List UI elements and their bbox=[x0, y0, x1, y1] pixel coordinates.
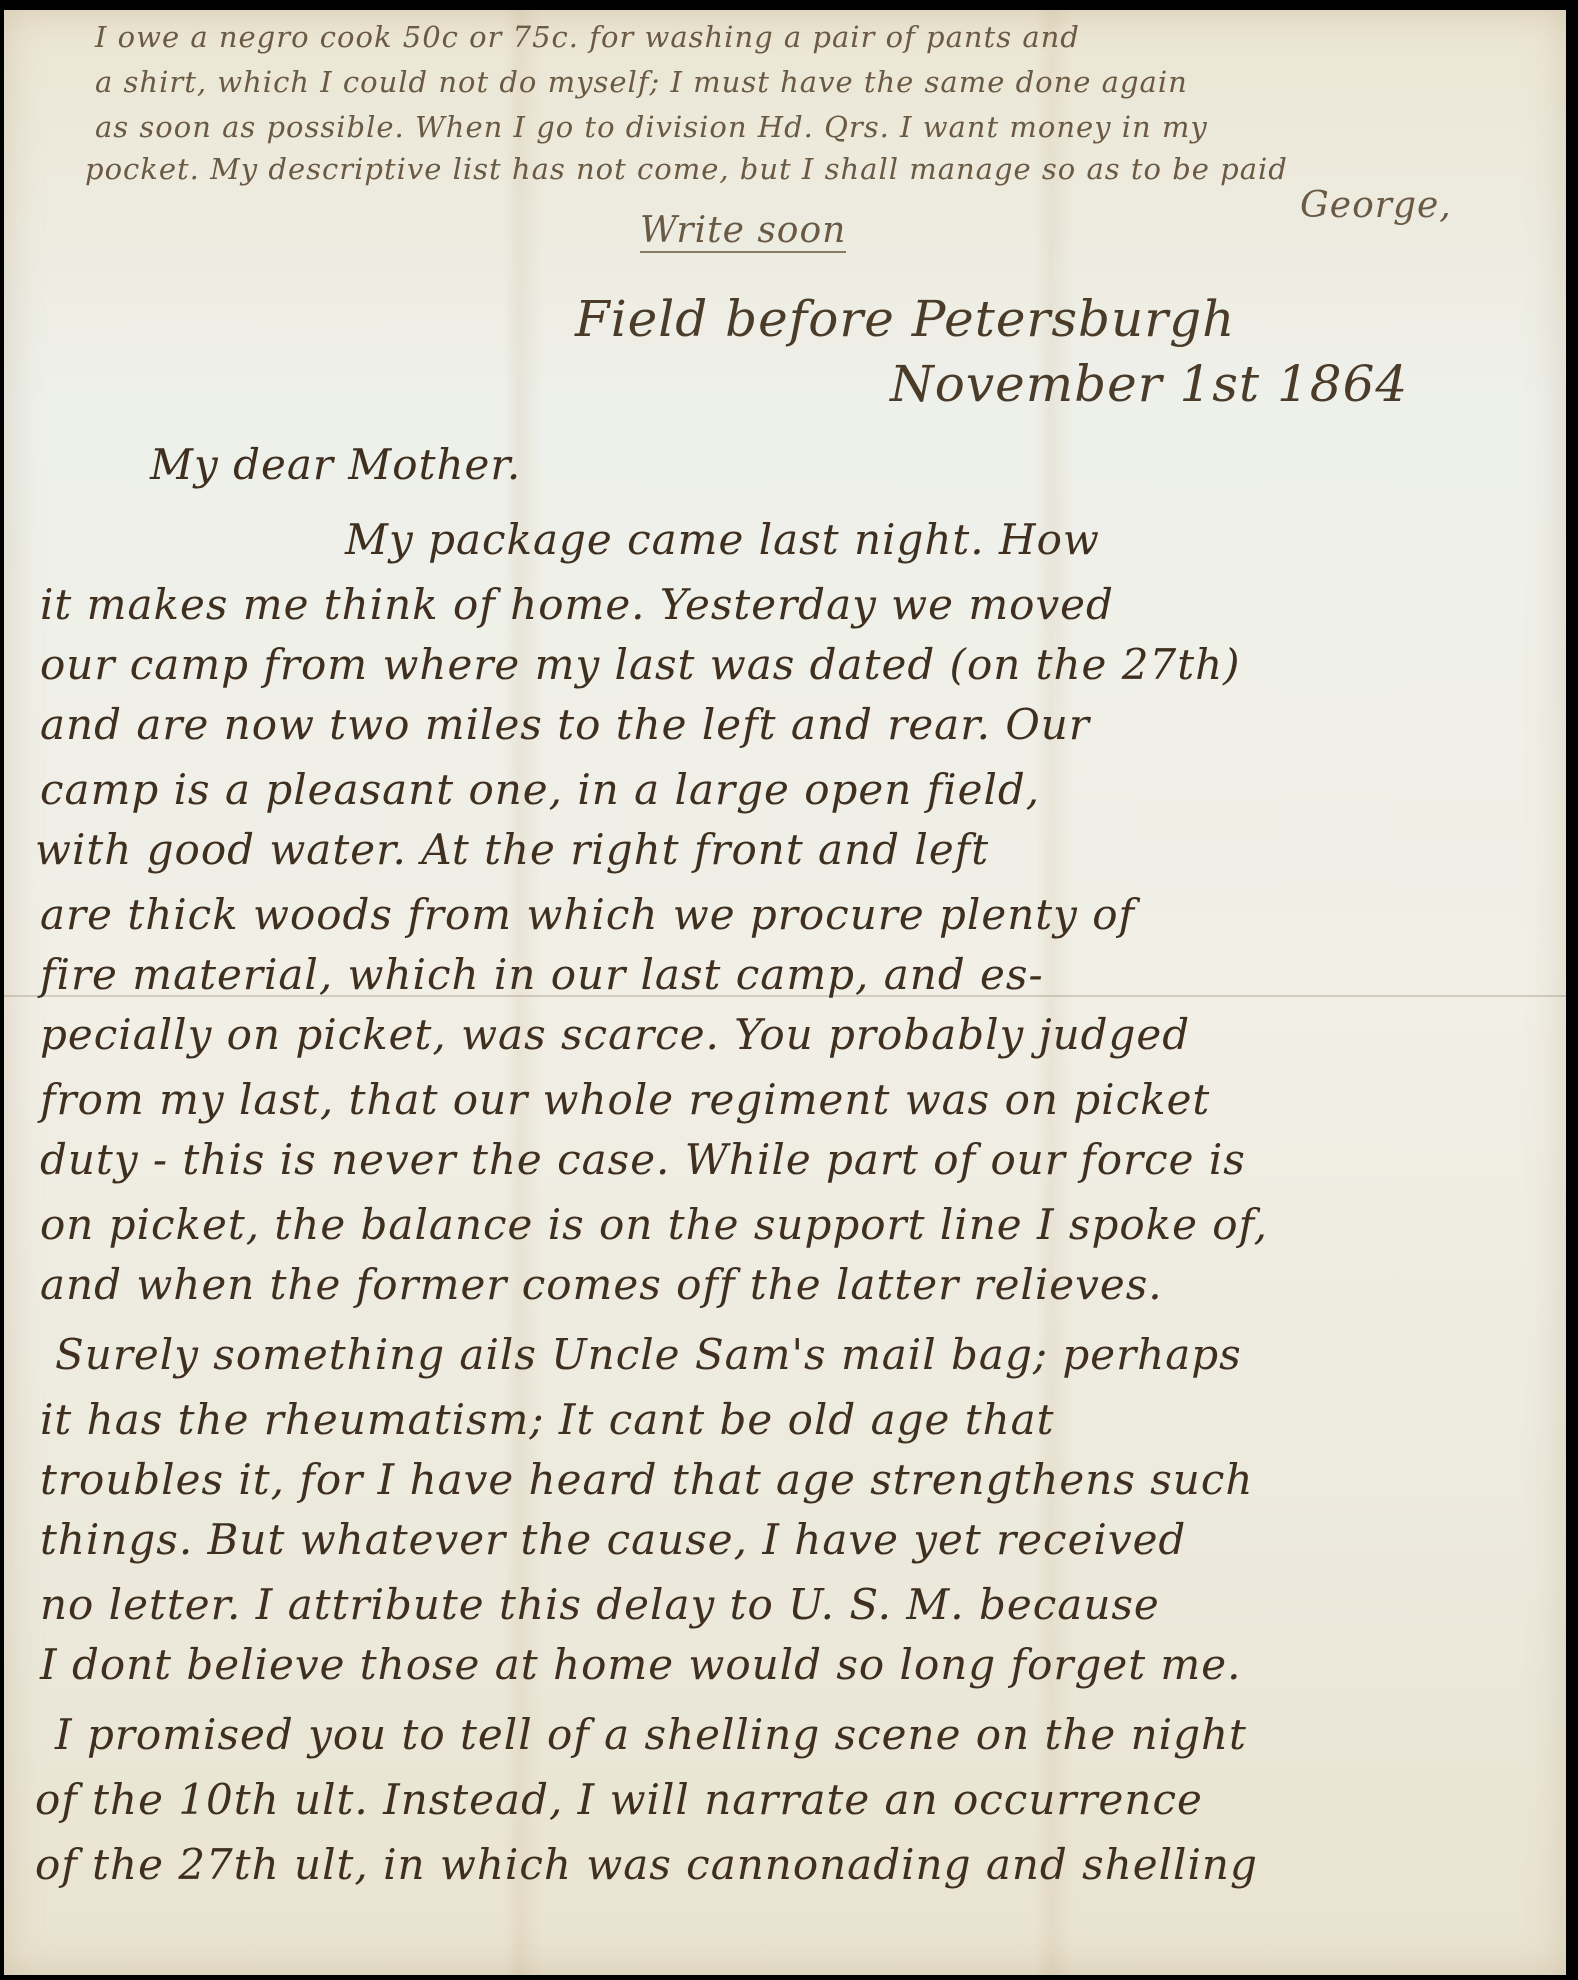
postscript-line: pocket. My descriptive list has not come… bbox=[85, 152, 1288, 186]
body-line: our camp from where my last was dated (o… bbox=[40, 640, 1241, 689]
body-line: I dont believe those at home would so lo… bbox=[40, 1640, 1241, 1689]
body-line: on picket, the balance is on the support… bbox=[40, 1200, 1268, 1249]
letter-place: Field before Petersburgh bbox=[575, 290, 1235, 348]
postscript-line: as soon as possible. When I go to divisi… bbox=[95, 110, 1208, 144]
body-line: of the 10th ult. Instead, I will narrate… bbox=[35, 1775, 1203, 1824]
body-line: are thick woods from which we procure pl… bbox=[40, 890, 1135, 939]
body-line: duty - this is never the case. While par… bbox=[40, 1135, 1246, 1184]
body-line: I promised you to tell of a shelling sce… bbox=[55, 1710, 1247, 1759]
postscript-line: I owe a negro cook 50c or 75c. for washi… bbox=[95, 20, 1080, 54]
body-line: My package came last night. How bbox=[345, 515, 1100, 564]
body-line: Surely something ails Uncle Sam's mail b… bbox=[55, 1330, 1242, 1379]
body-line: with good water. At the right front and … bbox=[35, 825, 989, 874]
body-line: fire material, which in our last camp, a… bbox=[40, 950, 1044, 999]
body-line: it makes me think of home. Yesterday we … bbox=[40, 580, 1114, 629]
body-line: and are now two miles to the left and re… bbox=[40, 700, 1090, 749]
body-line: no letter. I attribute this delay to U. … bbox=[40, 1580, 1160, 1629]
letter-date: November 1st 1864 bbox=[890, 355, 1408, 413]
body-line: of the 27th ult, in which was cannonadin… bbox=[35, 1840, 1258, 1889]
signature: George, bbox=[1300, 185, 1452, 226]
body-line: it has the rheumatism; It cant be old ag… bbox=[40, 1395, 1055, 1444]
salutation: My dear Mother. bbox=[150, 440, 521, 489]
body-line: and when the former comes off the latter… bbox=[40, 1260, 1163, 1309]
body-line: from my last, that our whole regiment wa… bbox=[40, 1075, 1210, 1124]
body-line: pecially on picket, was scarce. You prob… bbox=[40, 1010, 1190, 1059]
postscript-line: a shirt, which I could not do myself; I … bbox=[95, 65, 1188, 99]
body-line: troubles it, for I have heard that age s… bbox=[40, 1455, 1253, 1504]
body-line: camp is a pleasant one, in a large open … bbox=[40, 765, 1040, 814]
body-line: things. But whatever the cause, I have y… bbox=[40, 1515, 1186, 1564]
write-soon-note: Write soon bbox=[640, 210, 846, 253]
